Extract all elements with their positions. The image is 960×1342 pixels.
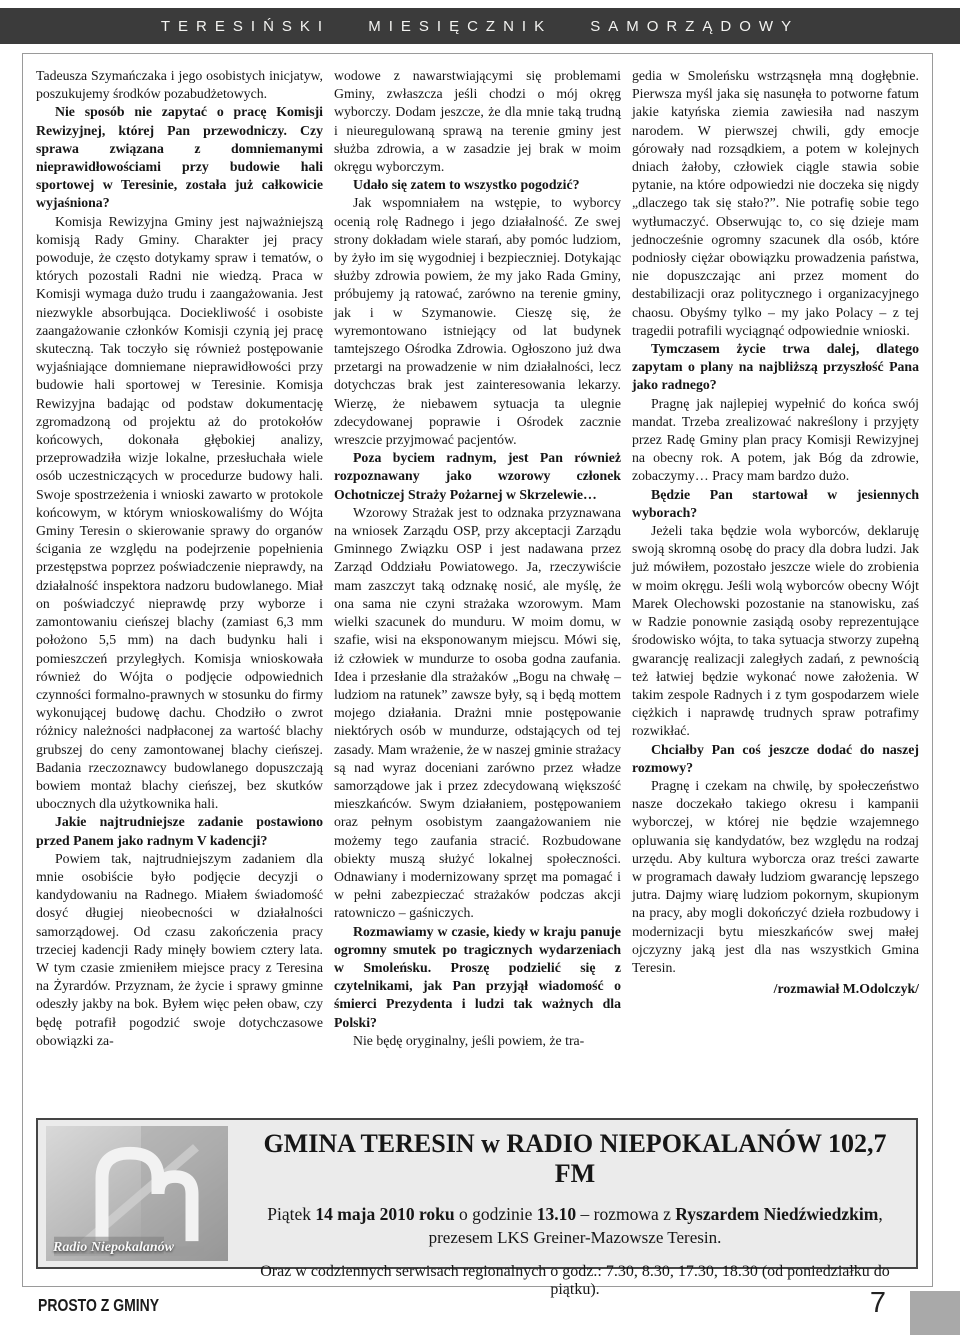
interview-question: Poza byciem radnym, jest Pan również roz… [334, 449, 621, 504]
ad-text-area: GMINA TERESIN w RADIO NIEPOKALANÓW 102,7… [244, 1126, 906, 1261]
radio-ad-box: Radio Niepokalanów GMINA TERESIN w RADIO… [36, 1118, 918, 1269]
article-paragraph: Komisja Rewizyjna Gminy jest najważniejs… [36, 213, 323, 814]
interview-question: Chciałby Pan coś jeszcze dodać do naszej… [632, 741, 919, 777]
article-paragraph: Pragnę jak najlepiej wypełnić do końca s… [632, 395, 919, 486]
article-paragraph: Jeżeli taka będzie wola wyborców, deklar… [632, 522, 919, 740]
ad-text-segment: Piątek [267, 1204, 315, 1224]
magazine-header-bar: TERESIŃSKI MIESIĘCZNIK SAMORZĄDOWY [0, 8, 960, 44]
article-container: Tadeusza Szymańczaka i jego osobistych i… [22, 53, 933, 1287]
ad-text-segment: o godzinie [455, 1204, 537, 1224]
article-paragraph: Powiem tak, najtrudniejszym zadaniem dla… [36, 850, 323, 1050]
article-column-1: Tadeusza Szymańczaka i jego osobistych i… [36, 67, 323, 1075]
ad-text-segment: 13.10 [537, 1204, 576, 1224]
magazine-page: { "header": { "title": "TERESIŃSKI MIESI… [0, 0, 960, 1342]
ad-text-segment: 14 maja 2010 roku [315, 1204, 454, 1224]
interview-question: Rozmawiamy w czasie, kiedy w kraju panuj… [334, 923, 621, 1032]
ad-text-segment: , [878, 1204, 882, 1224]
ad-title: GMINA TERESIN w RADIO NIEPOKALANÓW 102,7… [244, 1129, 906, 1189]
footer-section-label: PROSTO Z GMINY [38, 1295, 159, 1316]
article-column-2: wodowe z nawarstwiającymi się problemami… [334, 67, 621, 1075]
article-paragraph: Pragnę i czekam na chwilę, by społeczeńs… [632, 777, 919, 977]
interview-signature: /rozmawiał M.Odolczyk/ [632, 980, 919, 998]
footer-gray-block [910, 1291, 960, 1335]
magazine-title: TERESIŃSKI MIESIĘCZNIK SAMORZĄDOWY [161, 18, 799, 35]
interview-question: Będzie Pan startował w jesiennych wybora… [632, 486, 919, 522]
ad-interview-line: Piątek 14 maja 2010 roku o godzinie 13.1… [244, 1204, 906, 1225]
interview-question: Tymczasem życie trwa dalej, dlatego zapy… [632, 340, 919, 395]
article-paragraph: wodowe z nawarstwiającymi się problemami… [334, 67, 621, 176]
article-column-3: gedia w Smoleńsku wstrząsnęła mną dogłęb… [632, 67, 919, 1075]
ad-text-segment: Ryszardem Niedźwiedzkim [675, 1204, 878, 1224]
radio-niepokalanow-logo: Radio Niepokalanów [46, 1126, 228, 1261]
page-number: 7 [870, 1287, 886, 1320]
article-paragraph: Jak wspomniałem na wstępie, to wyborcy o… [334, 194, 621, 449]
ad-interview-line2: prezesem LKS Greiner-Mazowsze Teresin. [244, 1228, 906, 1248]
ad-services-line: Oraz w codziennych serwisach regionalnyc… [244, 1263, 906, 1299]
article-paragraph: Wzorowy Strażak jest to odznaka przyznaw… [334, 504, 621, 923]
article-columns: Tadeusza Szymańczaka i jego osobistych i… [36, 67, 919, 1075]
article-paragraph: Tadeusza Szymańczaka i jego osobistych i… [36, 67, 323, 103]
interview-question: Nie sposób nie zapytać o pracę Komisji R… [36, 103, 323, 212]
ad-text-segment: – rozmowa z [576, 1204, 675, 1224]
interview-question: Jakie najtrudniejsze zadanie postawiono … [36, 813, 323, 849]
article-paragraph: Nie będę oryginalny, jeśli powiem, że tr… [334, 1032, 621, 1050]
interview-question: Udało się zatem to wszystko pogodzić? [334, 176, 621, 194]
radio-logo-caption: Radio Niepokalanów [53, 1240, 174, 1256]
article-paragraph: gedia w Smoleńsku wstrząsnęła mną dogłęb… [632, 67, 919, 340]
